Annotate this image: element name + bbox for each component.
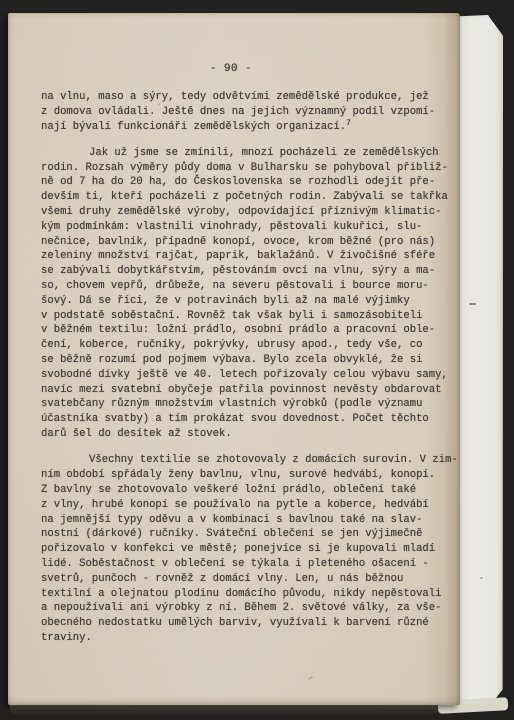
text-line: kým podmínkám: vlastnili vinohrady, pěst…	[41, 220, 457, 235]
text-line: nostní (dárkové) ručníky. Sváteční obleč…	[41, 527, 457, 542]
text-line: svobodné dívky ještě ve 40. letech pořiz…	[41, 368, 457, 383]
text-line: Jak už jsme se zmínili, mnozí pocházeli …	[41, 146, 457, 161]
page-text: na vlnu, maso a sýry, tedy odvětvími zem…	[41, 90, 457, 646]
text-line: nečnice, bavlník, případně konopí, ovoce…	[41, 235, 457, 250]
paper-speck	[308, 676, 313, 679]
text-line: čení, koberce, ručníky, pokrývky, ubrusy…	[41, 338, 457, 353]
text-line: nají bývalí funkcionáři zemědělských org…	[41, 120, 457, 135]
text-line: devším ti, kteří pocházeli z početných r…	[41, 190, 457, 205]
paragraph: Všechny textilie se zhotovovaly z domácí…	[41, 453, 457, 645]
text-line: pořizovalo v konfekci ve městě; ponejvíc…	[41, 542, 457, 557]
page-number: - 90 -	[25, 62, 437, 77]
paper-speck	[480, 577, 483, 579]
text-line: šový. Dá se říci, že v potravinách byli …	[41, 294, 457, 309]
text-line: všemi druhy zemědělské výroby, odpovídaj…	[41, 205, 457, 220]
text-line: navíc mezi svatební obyčeje patřila povi…	[41, 383, 457, 398]
text-line: se běžně rozumí pod pojmem výbava. Bylo …	[41, 353, 457, 368]
paper-speck	[469, 303, 476, 305]
text-line: se zabývali dobytkářstvím, pěstováním ov…	[41, 264, 457, 279]
text-line: v běžném textilu: ložní prádlo, osobní p…	[41, 323, 457, 338]
text-line: textilní a olejnatou plodinu domácího pů…	[41, 587, 457, 602]
text-line: obecného nedostatku umělých barviv, využ…	[41, 616, 457, 631]
photo-backdrop: - 90 - na vlnu, maso a sýry, tedy odvětv…	[0, 0, 514, 720]
text-line: na jemnější typy oděvu a v kombinaci s b…	[41, 513, 457, 528]
text-line: lidé. Soběstačnost v oblečení se týkala …	[41, 557, 457, 572]
next-page-edge	[456, 15, 503, 706]
text-line: svatebčany různým množstvím vlastních vý…	[41, 397, 457, 412]
text-line: rodin. Rozsah výměry půdy doma v Bulhars…	[41, 161, 457, 176]
text-line: na vlnu, maso a sýry, tedy odvětvími zem…	[41, 90, 457, 105]
text-line: ním období spřádaly ženy bavlnu, vlnu, s…	[41, 468, 457, 483]
footnote-ref: 7	[346, 119, 351, 128]
text-line: zeleniny množství rajčat, paprik, baklaž…	[41, 249, 457, 264]
paper-speck	[158, 103, 160, 105]
paragraph: na vlnu, maso a sýry, tedy odvětvími zem…	[41, 90, 457, 134]
scanned-page: - 90 - na vlnu, maso a sýry, tedy odvětv…	[8, 13, 460, 705]
text-line: svetrů, punčoch - rovněž z domácí vlny. …	[41, 572, 457, 587]
text-line: z domova ovládali. Ještě dnes na jejich …	[41, 105, 457, 120]
text-line: Z bavlny se zhotovovalo veškeré ložní pr…	[41, 483, 457, 498]
text-line: z vlny, hrubé konopí se používalo na pyt…	[41, 498, 457, 513]
text-line: v podstatě soběstační. Rovněž tak však b…	[41, 309, 457, 324]
text-line: a nepoužívali ani výrobky z ní. Během 2.…	[41, 601, 457, 616]
text-line: darů šel do desítek až stovek.	[41, 427, 457, 442]
text-line: traviny.	[41, 631, 457, 646]
paragraph: Jak už jsme se zmínili, mnozí pocházeli …	[41, 146, 457, 442]
text-line: so, chovem vepřů, drůbeže, na severu pěs…	[41, 279, 457, 294]
text-line: Všechny textilie se zhotovovaly z domácí…	[41, 453, 457, 468]
text-line: ně od 7 ha do 20 ha, do Československa s…	[41, 175, 457, 190]
text-line: účastníka svatby) a tím prokázat svou do…	[41, 412, 457, 427]
